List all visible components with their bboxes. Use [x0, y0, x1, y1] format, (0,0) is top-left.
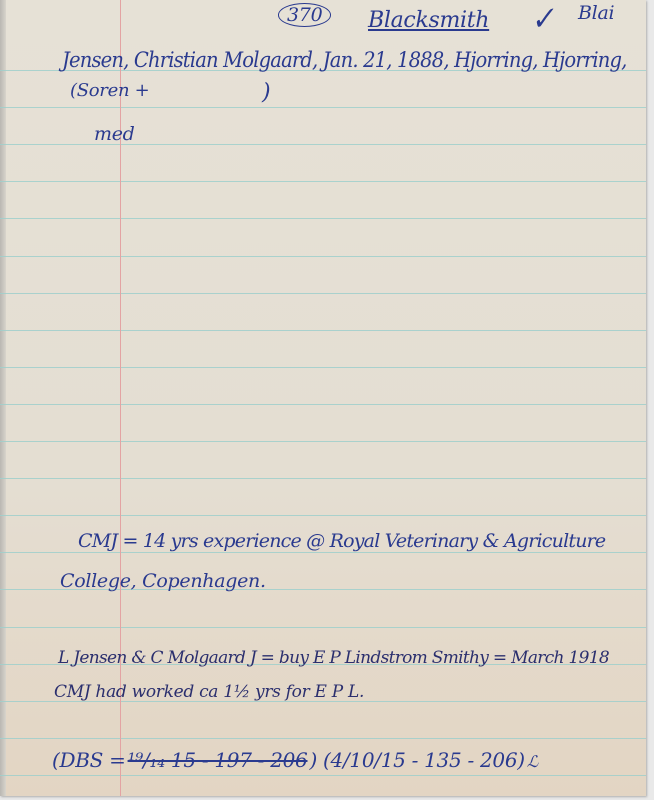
rule-line	[0, 330, 646, 331]
corner-note: Blai	[578, 2, 614, 24]
occupation-text: Blacksmith	[368, 8, 489, 33]
purchase-line-2: CMJ had worked ca 1½ yrs for E P L.	[54, 682, 364, 702]
rule-line	[0, 552, 646, 553]
experience-line-2: College, Copenhagen.	[60, 570, 266, 592]
notebook-page: 370 Blacksmith ✓ Blai Jensen, Christian …	[0, 0, 646, 796]
rule-line	[0, 404, 646, 405]
dbs-note: (DBS = ¹⁹/₁₄ 15 - 197 - 206 ) (4/10/15 -…	[52, 748, 538, 772]
name-line: Jensen, Christian Molgaard, Jan. 21, 188…	[62, 48, 627, 72]
rule-line	[0, 627, 646, 628]
rule-line	[0, 515, 646, 516]
rule-line	[0, 478, 646, 479]
rule-line	[0, 738, 646, 739]
purchase-line-1: L Jensen & C Molgaard J = buy E P Lindst…	[58, 648, 609, 668]
rule-line	[0, 256, 646, 257]
margin-line	[120, 0, 121, 796]
parents-close: )	[262, 80, 270, 105]
rule-line	[0, 441, 646, 442]
parents-open: (Soren +	[70, 80, 149, 101]
dbs-label: (DBS =	[52, 748, 126, 772]
rule-line	[0, 775, 646, 776]
note-med: med	[94, 123, 135, 145]
rule-line	[0, 293, 646, 294]
perforated-edge	[0, 0, 6, 796]
rule-line	[0, 218, 646, 219]
dbs-struck-value: ¹⁹/₁₄ 15 - 197 - 206	[128, 748, 308, 772]
dbs-current-value: ) (4/10/15 - 135 - 206)	[309, 748, 524, 772]
occupation-label: Blacksmith	[368, 8, 489, 33]
rule-line	[0, 367, 646, 368]
record-number: 370	[278, 3, 331, 27]
rule-line	[0, 107, 646, 108]
check-mark-icon: ✓	[528, 0, 557, 38]
experience-line-1: CMJ = 14 yrs experience @ Royal Veterina…	[78, 530, 605, 552]
rule-line	[0, 181, 646, 182]
dbs-suffix: ℒ	[527, 752, 538, 771]
